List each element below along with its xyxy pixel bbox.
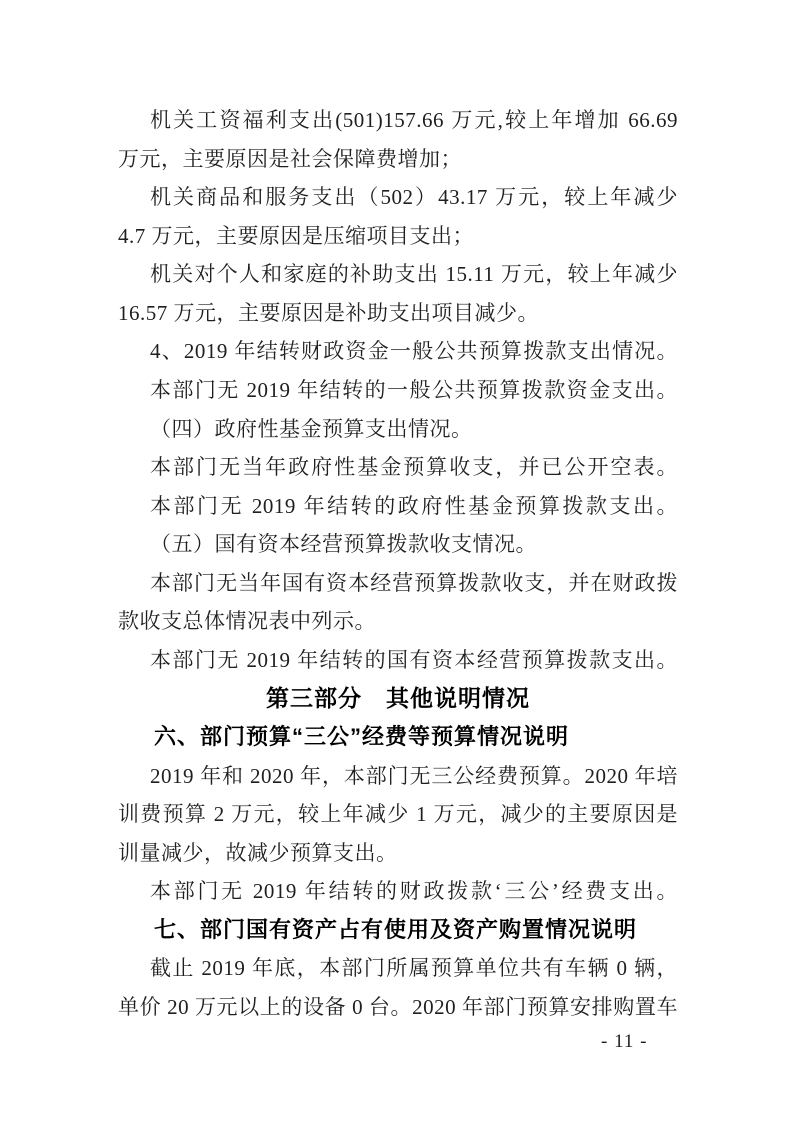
text-line: 截止 2019 年底，本部门所属预算单位共有车辆 0 辆， [118,949,678,988]
text-line: 万元，主要原因是社会保障费增加； [118,140,678,179]
text-line: 本部门无 2019 年结转的一般公共预算拨款资金支出。 [118,371,678,410]
page-number: - 11 - [601,1031,647,1053]
section-heading: 七、部门国有资产占有使用及资产购置情况说明 [118,911,678,950]
text-line: 16.57 万元，主要原因是补助支出项目减少。 [118,294,678,333]
section-heading: 第三部分 其他说明情况 [118,679,678,718]
text-line: 本部门无 2019 年结转的国有资本经营预算拨款支出。 [118,641,678,680]
text-line: 本部门无 2019 年结转的政府性基金预算拨款支出。 [118,487,678,526]
text-line: 机关对个人和家庭的补助支出 15.11 万元，较上年减少 [118,255,678,294]
section-heading: 六、部门预算“三公”经费等预算情况说明 [118,718,678,757]
text-line: 本部门无当年国有资本经营预算拨款收支，并在财政拨 [118,564,678,603]
text-line: 本部门无当年政府性基金预算收支，并已公开空表。 [118,448,678,487]
text-line: 机关商品和服务支出（502）43.17 万元，较上年减少 [118,178,678,217]
text-line: 本部门无 2019 年结转的财政拨款‘三公’经费支出。 [118,872,678,911]
text-line: 4.7 万元，主要原因是压缩项目支出； [118,217,678,256]
text-line: 2019 年和 2020 年，本部门无三公经费预算。2020 年培 [118,757,678,796]
text-line: 训量减少，故减少预算支出。 [118,834,678,873]
text-line: 机关工资福利支出(501)157.66 万元,较上年增加 66.69 [118,101,678,140]
text-line: （五）国有资本经营预算拨款收支情况。 [118,525,678,564]
text-line: （四）政府性基金预算支出情况。 [118,410,678,449]
text-line: 训费预算 2 万元，较上年减少 1 万元，减少的主要原因是培 [118,795,678,834]
document-page: 机关工资福利支出(501)157.66 万元,较上年增加 66.69万元，主要原… [0,0,793,1122]
text-line: 4、2019 年结转财政资金一般公共预算拨款支出情况。 [118,332,678,371]
text-column: 机关工资福利支出(501)157.66 万元,较上年增加 66.69万元，主要原… [118,101,678,1027]
text-line: 单价 20 万元以上的设备 0 台。2020 年部门预算安排购置车 [118,988,678,1027]
text-line: 款收支总体情况表中列示。 [118,602,678,641]
